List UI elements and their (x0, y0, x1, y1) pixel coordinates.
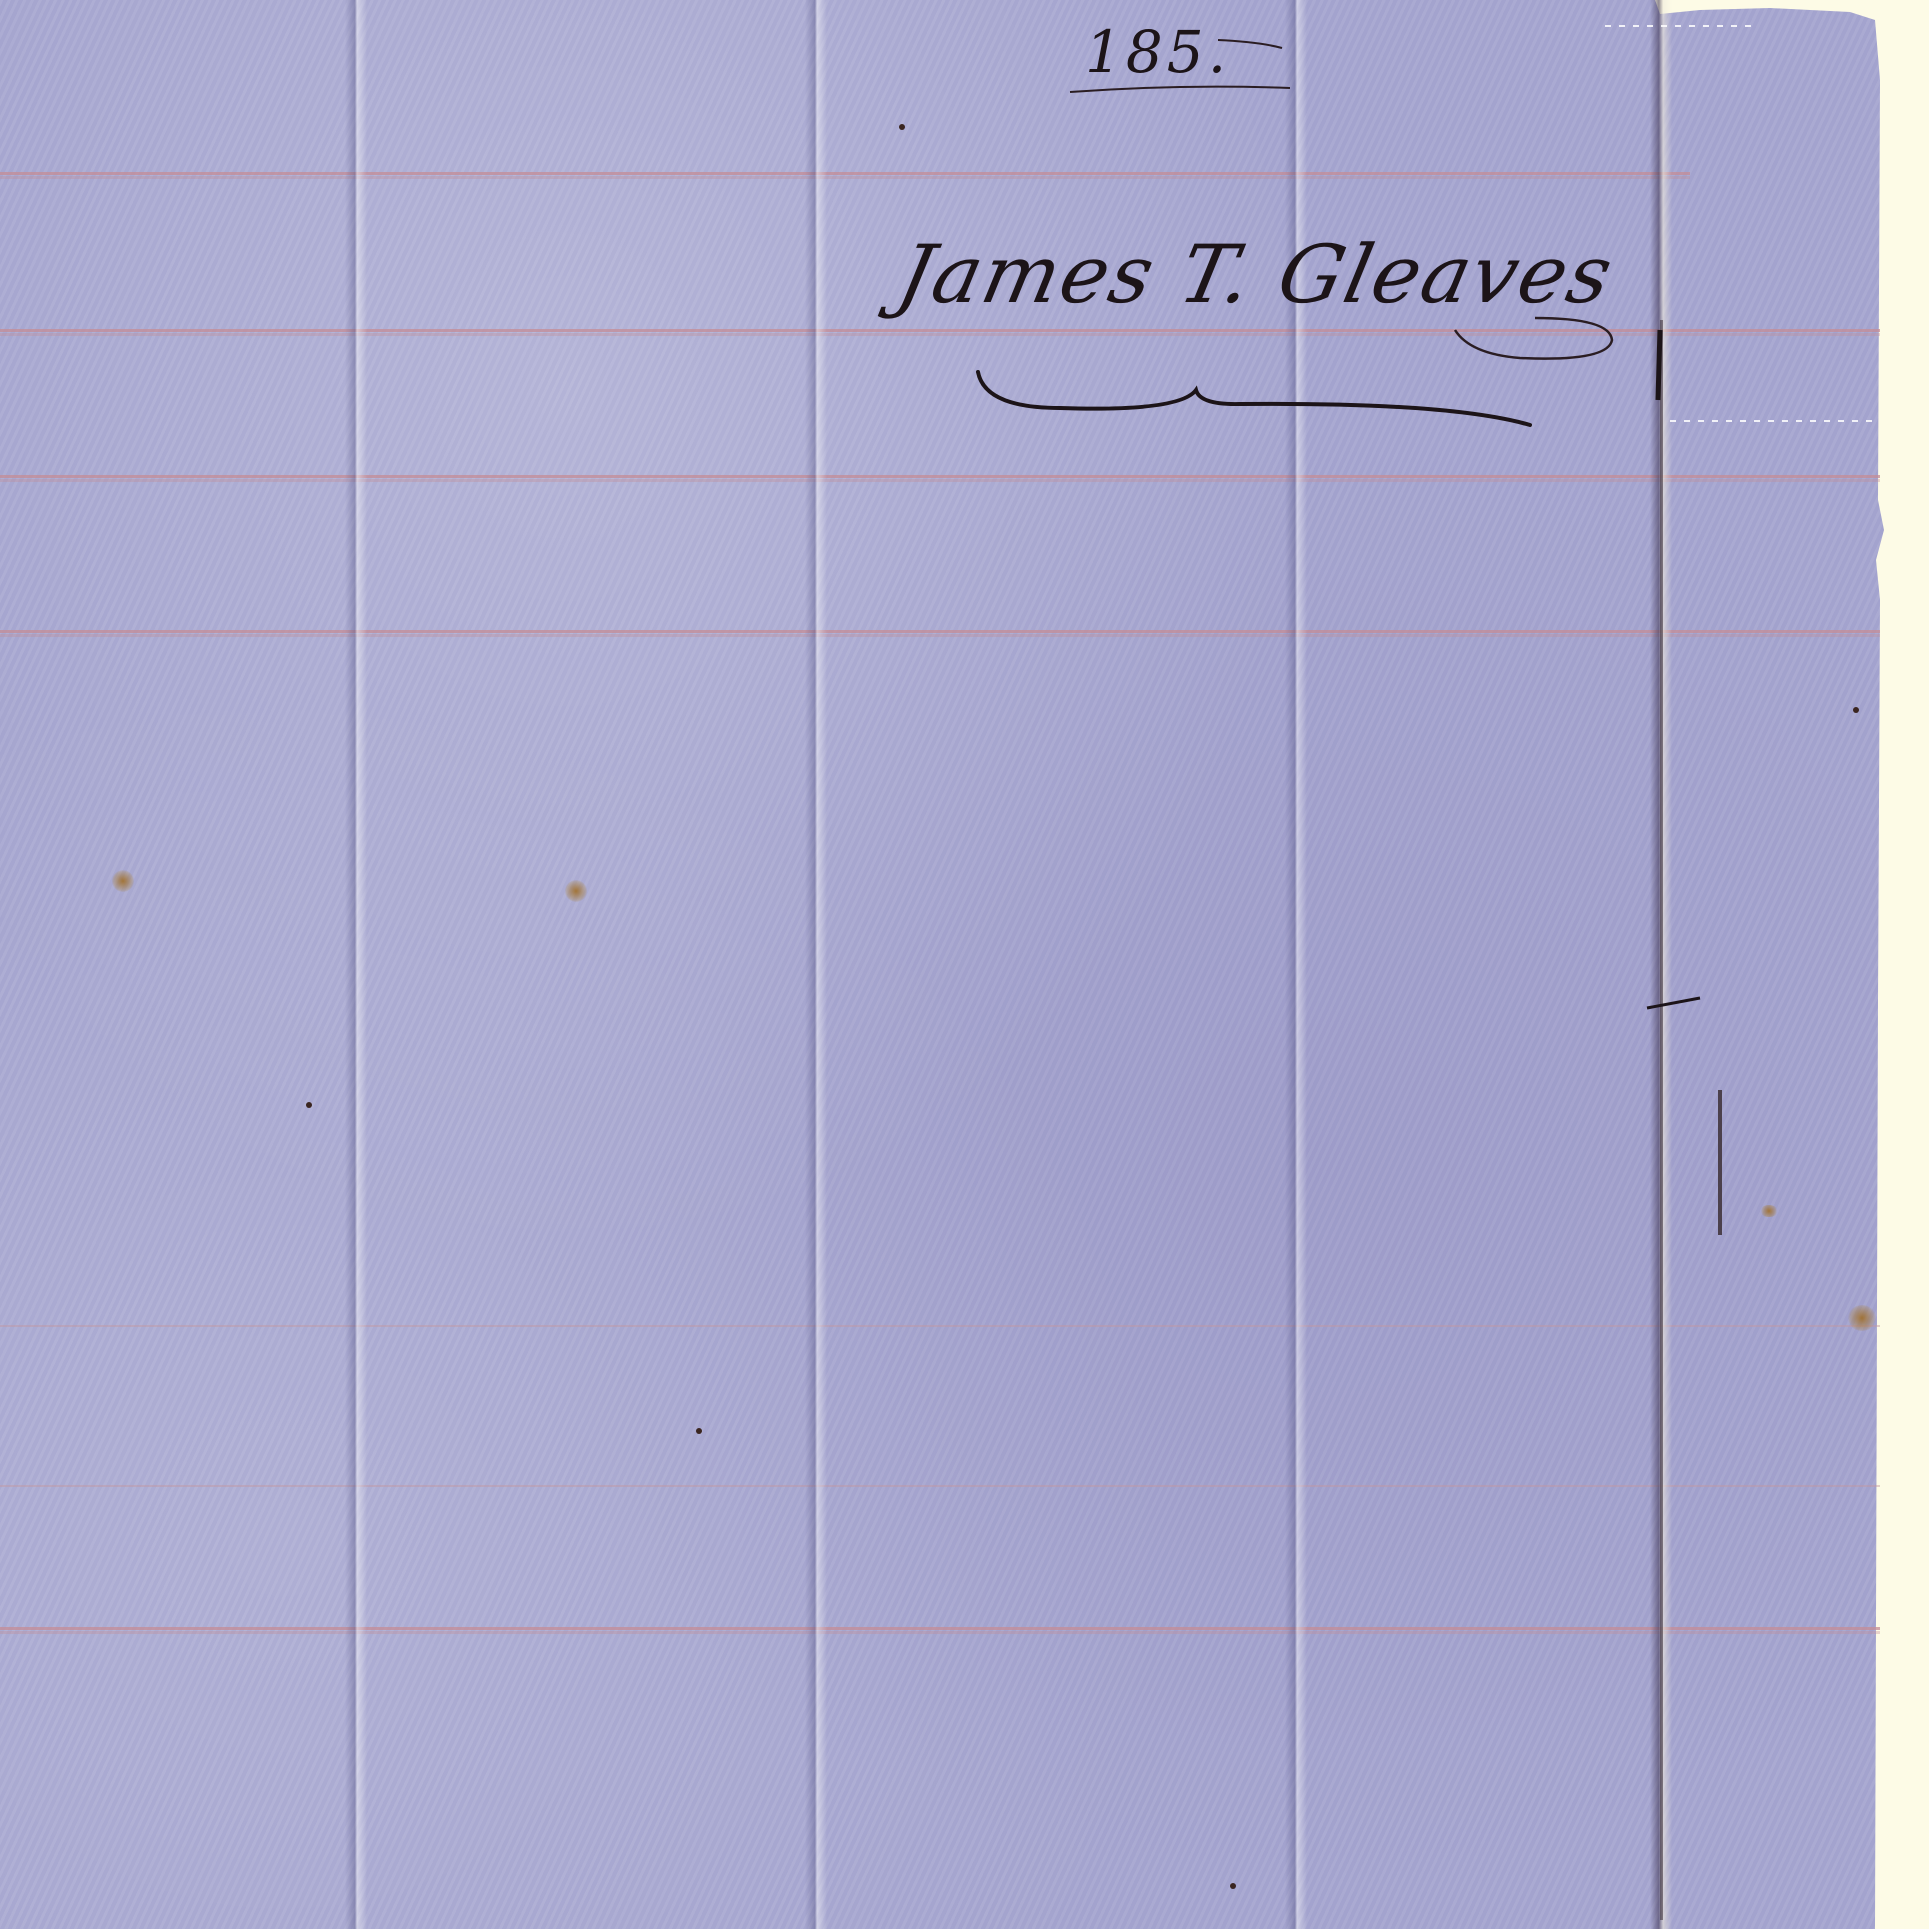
paper-crease (1660, 320, 1663, 1920)
ruled-line (0, 1325, 1880, 1327)
perforation (1605, 25, 1755, 27)
document-scan: 185. James T. Gleaves (0, 0, 1929, 1929)
ruled-line (0, 475, 1880, 478)
paper-fold (805, 0, 827, 1929)
ruled-line (0, 630, 1880, 633)
ruled-line (0, 172, 1690, 175)
ink-dot (306, 1102, 312, 1108)
ruled-line (0, 1627, 1880, 1630)
ink-dot (899, 124, 905, 130)
header-year: 185. (1085, 18, 1230, 86)
stain (1760, 1205, 1778, 1217)
ink-dot (696, 1428, 702, 1434)
ruled-line (0, 1485, 1880, 1487)
paper-crease (1718, 1090, 1722, 1235)
stain (112, 870, 134, 892)
paper-fold (345, 0, 367, 1929)
ink-dot (1230, 1883, 1236, 1889)
stain (565, 880, 587, 902)
ruled-line (0, 329, 1880, 332)
perforation (1670, 420, 1880, 422)
signature: James T. Gleaves (890, 228, 1622, 321)
ink-dot (1853, 707, 1859, 713)
stain (1848, 1305, 1876, 1331)
